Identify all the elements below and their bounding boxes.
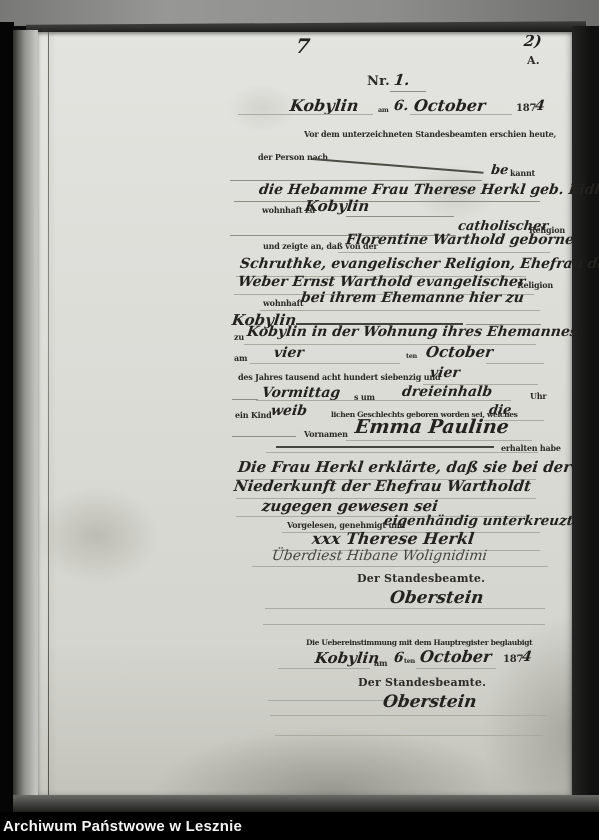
page-bottom-edge [13,795,599,813]
erhalten-habe-label: erhalten habe [501,443,561,453]
ruled-line [278,668,370,669]
declarant-place: Kobylin [304,197,370,215]
vornamen-label: Vornamen [304,429,348,439]
ruled-line [416,668,496,669]
am-label-2: am [234,353,247,363]
printed-intro: Vor dem unterzeichneten Standesbeamten e… [304,129,556,139]
strikethrough-line [312,158,484,174]
year-words-label: des Jahres tausend acht hundert siebenzi… [238,372,440,382]
zu-label: zu [234,332,244,342]
mother-details: Schruthke, evangelischer Religion, Ehefr… [239,256,599,272]
record-number-label: Nr. [367,74,390,89]
certification-place: Kobylin [314,649,380,667]
pencil-page-number: 7 [295,34,312,58]
ruled-line [234,201,540,202]
bekannt-handwritten: be [490,163,509,178]
birth-hour: dreieinhalb [401,384,493,400]
child-sex: weib [270,403,308,419]
registrar-signature: Oberstein [389,588,485,608]
ruled-line [410,114,512,115]
ruled-line [230,180,482,181]
page-fold-line [48,32,49,795]
record-month: October [413,96,487,115]
record-place: Kobylin [289,96,360,115]
corner-number: 2) [523,32,543,50]
photo-background-right [572,26,599,812]
closing-handwritten: eigenhändig unterkreuzt [383,513,574,529]
ein-kind-label: ein Kind [235,410,272,420]
registrar-label-2: Der Standesbeamte. [358,676,486,689]
signature-note: Überdiest Hibane Wolignidimi [271,548,488,564]
certification-year-digit: 4 [521,649,533,665]
religion-label-2: Religion [517,280,553,290]
wohnhaft-label: wohnhaft [263,298,303,308]
birth-day: vier [273,345,305,361]
birth-month: October [425,343,494,361]
ruled-line [250,363,400,364]
ruled-line [275,735,543,736]
ruled-line [238,114,373,115]
ruled-line [256,400,511,401]
ruled-line [346,216,454,217]
ruled-line [265,608,545,609]
father-name: Weber Ernst Warthold evangelischer [237,274,526,290]
ruled-line [346,440,532,441]
residence-handwritten: bei ihrem Ehemanne hier zu [300,290,525,306]
given-names: Emma Pauline [354,416,511,438]
statement-line-2: Niederkunft der Ehefrau Wartholdt [233,477,532,495]
statement-line-1: Die Frau Herkl erklärte, daß sie bei der [237,458,572,476]
ten-label: ten [406,352,417,360]
registrar-signature-2: Oberstein [382,692,478,712]
bekannt-printed: kannt [510,168,535,178]
ruled-line [252,566,548,567]
ruled-line [260,310,540,311]
daytime: Vormittag [261,385,341,401]
birth-place: Kobylin in der Wohnung ihres Ehemannes [246,324,579,340]
certification-am-label: am [374,658,387,668]
ruled-line [486,363,544,364]
am-label: am [378,106,389,114]
ruled-line [266,452,538,453]
ruled-line [276,446,494,448]
form-letter: A. [527,54,540,67]
ruled-line [232,399,258,400]
mother-name: Florentine Warthold geborne [345,232,575,248]
birth-year-word: vier [429,365,461,381]
archive-watermark-band: Archiwum Państwowe w Lesznie [0,812,599,840]
declarant-signature-marks: xxx Therese Herkl [311,529,476,548]
year-digit: 4 [534,98,546,114]
certification-day: 6 [393,650,405,666]
certification-ten-label: ten [404,657,415,665]
ruled-line [390,91,426,92]
record-number-value: 1. [393,71,411,89]
uhr-label: Uhr [530,391,546,401]
declarant-name: die Hebamme Frau Therese Herkl geb. Eidl… [258,182,599,198]
ruled-line [338,252,550,253]
registrar-label: Der Standesbeamte. [357,572,485,585]
photo-background-left [0,22,14,840]
record-day: 6. [393,98,410,114]
ruled-line [263,624,545,625]
certification-month: October [419,647,493,666]
archive-watermark: Archiwum Państwowe w Lesznie [3,818,242,835]
previous-page-edge [13,30,38,796]
register-page: 7 2) A. Nr. 1. Kobylin am 6. October 187… [38,32,572,795]
ruled-line [232,436,296,437]
certification-text: Die Uebereinstimmung mit dem Hauptregist… [306,638,532,647]
ruled-line [270,715,547,716]
